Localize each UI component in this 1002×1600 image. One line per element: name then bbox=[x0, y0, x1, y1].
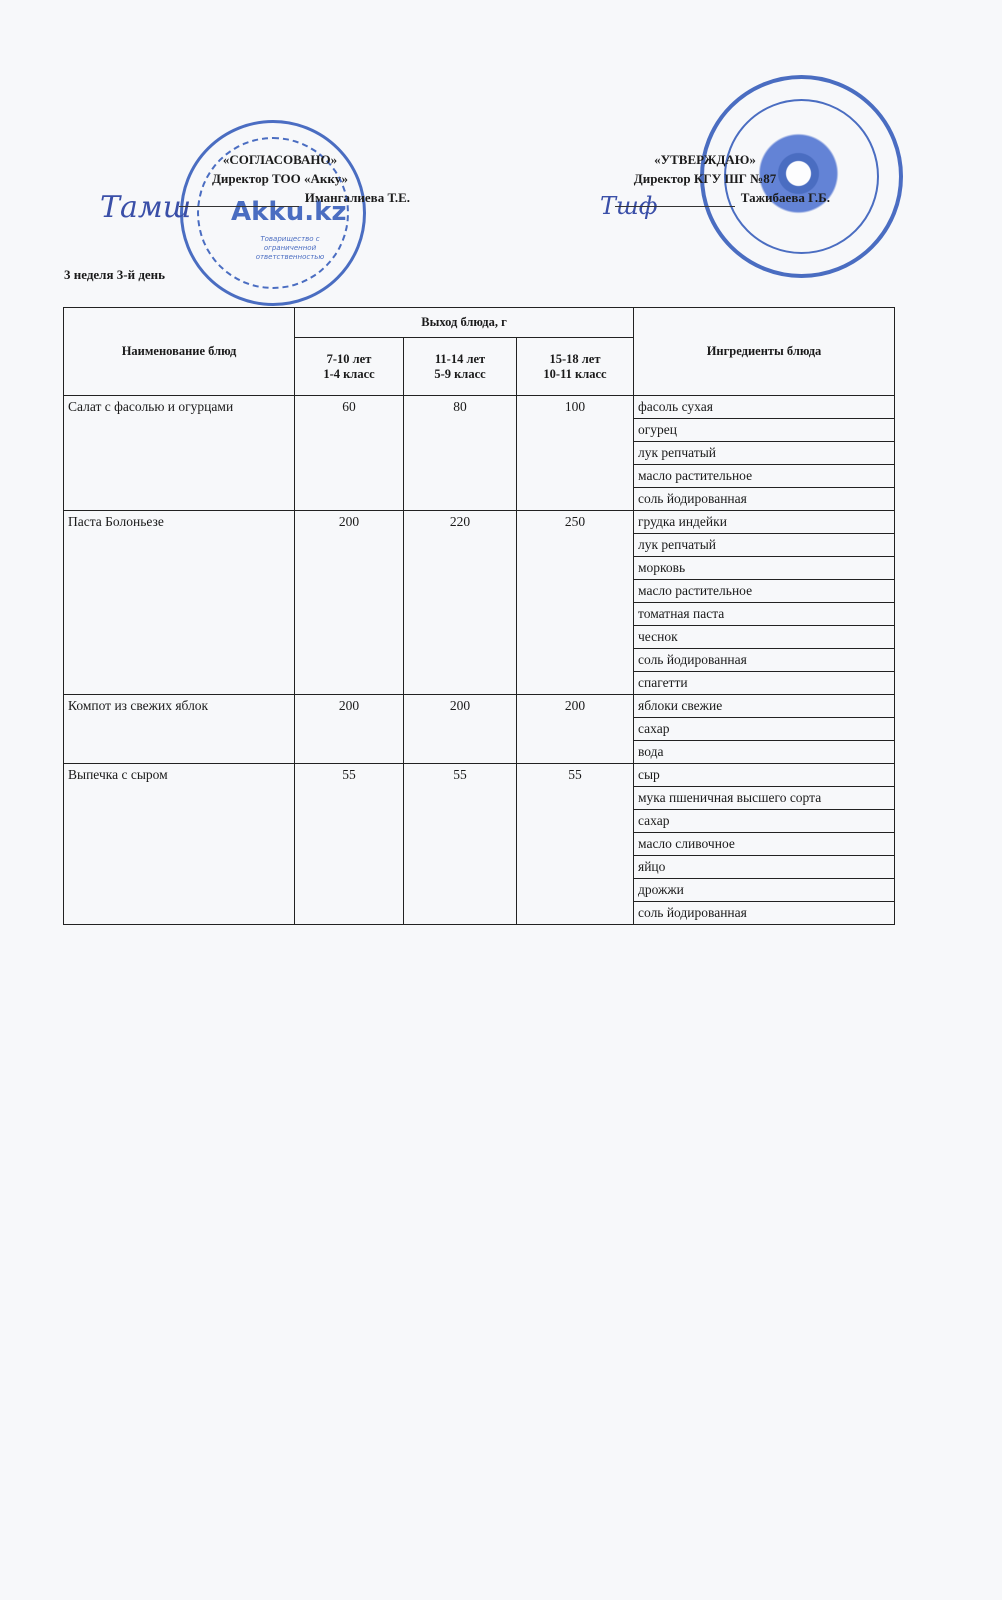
ingredient: дрожжи bbox=[634, 879, 895, 902]
grade-range: 5-9 класс bbox=[408, 367, 512, 382]
ingredient: сыр bbox=[634, 764, 895, 787]
dish-yield: 55 bbox=[295, 764, 404, 925]
ingredient: яблоки свежие bbox=[634, 695, 895, 718]
approval-block-right: «УТВЕРЖДАЮ» Директор КГУ ШГ №87 Тажибаев… bbox=[580, 150, 830, 207]
table-row: Компот из свежих яблок200200200яблоки св… bbox=[64, 695, 895, 718]
table-row: Салат с фасолью и огурцами6080100фасоль … bbox=[64, 396, 895, 419]
approval-position: Директор ТОО «Акку» bbox=[150, 169, 410, 188]
grade-range: 1-4 класс bbox=[299, 367, 399, 382]
table-row: Выпечка с сыром555555сыр bbox=[64, 764, 895, 787]
approval-name: Тажибаева Г.Б. bbox=[741, 188, 830, 207]
dish-yield: 80 bbox=[404, 396, 517, 511]
age-range: 15-18 лет bbox=[521, 352, 629, 367]
ingredient: спагетти bbox=[634, 672, 895, 695]
grade-range: 10-11 класс bbox=[521, 367, 629, 382]
age-range: 11-14 лет bbox=[408, 352, 512, 367]
ingredient: соль йодированная bbox=[634, 902, 895, 925]
dish-yield: 200 bbox=[517, 695, 634, 764]
ingredient: соль йодированная bbox=[634, 488, 895, 511]
ingredient: фасоль сухая bbox=[634, 396, 895, 419]
dish-yield: 60 bbox=[295, 396, 404, 511]
approval-title: «УТВЕРЖДАЮ» bbox=[580, 150, 830, 169]
ingredient: морковь bbox=[634, 557, 895, 580]
ingredient: лук репчатый bbox=[634, 534, 895, 557]
dish-yield: 200 bbox=[295, 511, 404, 695]
signature-line bbox=[179, 192, 299, 207]
dish-name: Компот из свежих яблок bbox=[64, 695, 295, 764]
age-range: 7-10 лет bbox=[299, 352, 399, 367]
approval-block-left: «СОГЛАСОВАНО» Директор ТОО «Акку» Иманга… bbox=[150, 150, 410, 207]
ingredient: грудка индейки bbox=[634, 511, 895, 534]
dish-yield: 220 bbox=[404, 511, 517, 695]
ingredient: сахар bbox=[634, 810, 895, 833]
ingredient: вода bbox=[634, 741, 895, 764]
header-ingredients: Ингредиенты блюда bbox=[634, 308, 895, 396]
ingredient: масло растительное bbox=[634, 465, 895, 488]
ingredient: огурец bbox=[634, 419, 895, 442]
ingredient: чеснок bbox=[634, 626, 895, 649]
header-age-group: 15-18 лет10-11 класс bbox=[517, 338, 634, 396]
ingredient: томатная паста bbox=[634, 603, 895, 626]
ingredient: мука пшеничная высшего сорта bbox=[634, 787, 895, 810]
approval-position: Директор КГУ ШГ №87 bbox=[580, 169, 830, 188]
dish-yield: 250 bbox=[517, 511, 634, 695]
header-age-group: 11-14 лет5-9 класс bbox=[404, 338, 517, 396]
ingredient: масло сливочное bbox=[634, 833, 895, 856]
dish-yield: 55 bbox=[404, 764, 517, 925]
signature-line bbox=[615, 192, 735, 207]
dish-yield: 200 bbox=[404, 695, 517, 764]
dish-name: Выпечка с сыром bbox=[64, 764, 295, 925]
header-age-group: 7-10 лет1-4 класс bbox=[295, 338, 404, 396]
company-stamp: Akku.kz Товарищество с ограниченной отве… bbox=[180, 120, 366, 306]
stamp-text: Товарищество с ограниченной ответственно… bbox=[245, 235, 335, 262]
day-title: 3 неделя 3-й день bbox=[64, 267, 165, 283]
dish-yield: 55 bbox=[517, 764, 634, 925]
header-dish-name: Наименование блюд bbox=[64, 308, 295, 396]
dish-name: Салат с фасолью и огурцами bbox=[64, 396, 295, 511]
ingredient: лук репчатый bbox=[634, 442, 895, 465]
approval-name: Имангалиева Т.Е. bbox=[305, 188, 410, 207]
ingredient: сахар bbox=[634, 718, 895, 741]
dish-name: Паста Болоньезе bbox=[64, 511, 295, 695]
ingredient: масло растительное bbox=[634, 580, 895, 603]
ingredient: яйцо bbox=[634, 856, 895, 879]
table-row: Паста Болоньезе200220250грудка индейки bbox=[64, 511, 895, 534]
dish-yield: 200 bbox=[295, 695, 404, 764]
dish-yield: 100 bbox=[517, 396, 634, 511]
ingredient: соль йодированная bbox=[634, 649, 895, 672]
menu-table: Наименование блюд Выход блюда, г Ингреди… bbox=[63, 307, 895, 925]
header-yield: Выход блюда, г bbox=[295, 308, 634, 338]
approval-title: «СОГЛАСОВАНО» bbox=[150, 150, 410, 169]
